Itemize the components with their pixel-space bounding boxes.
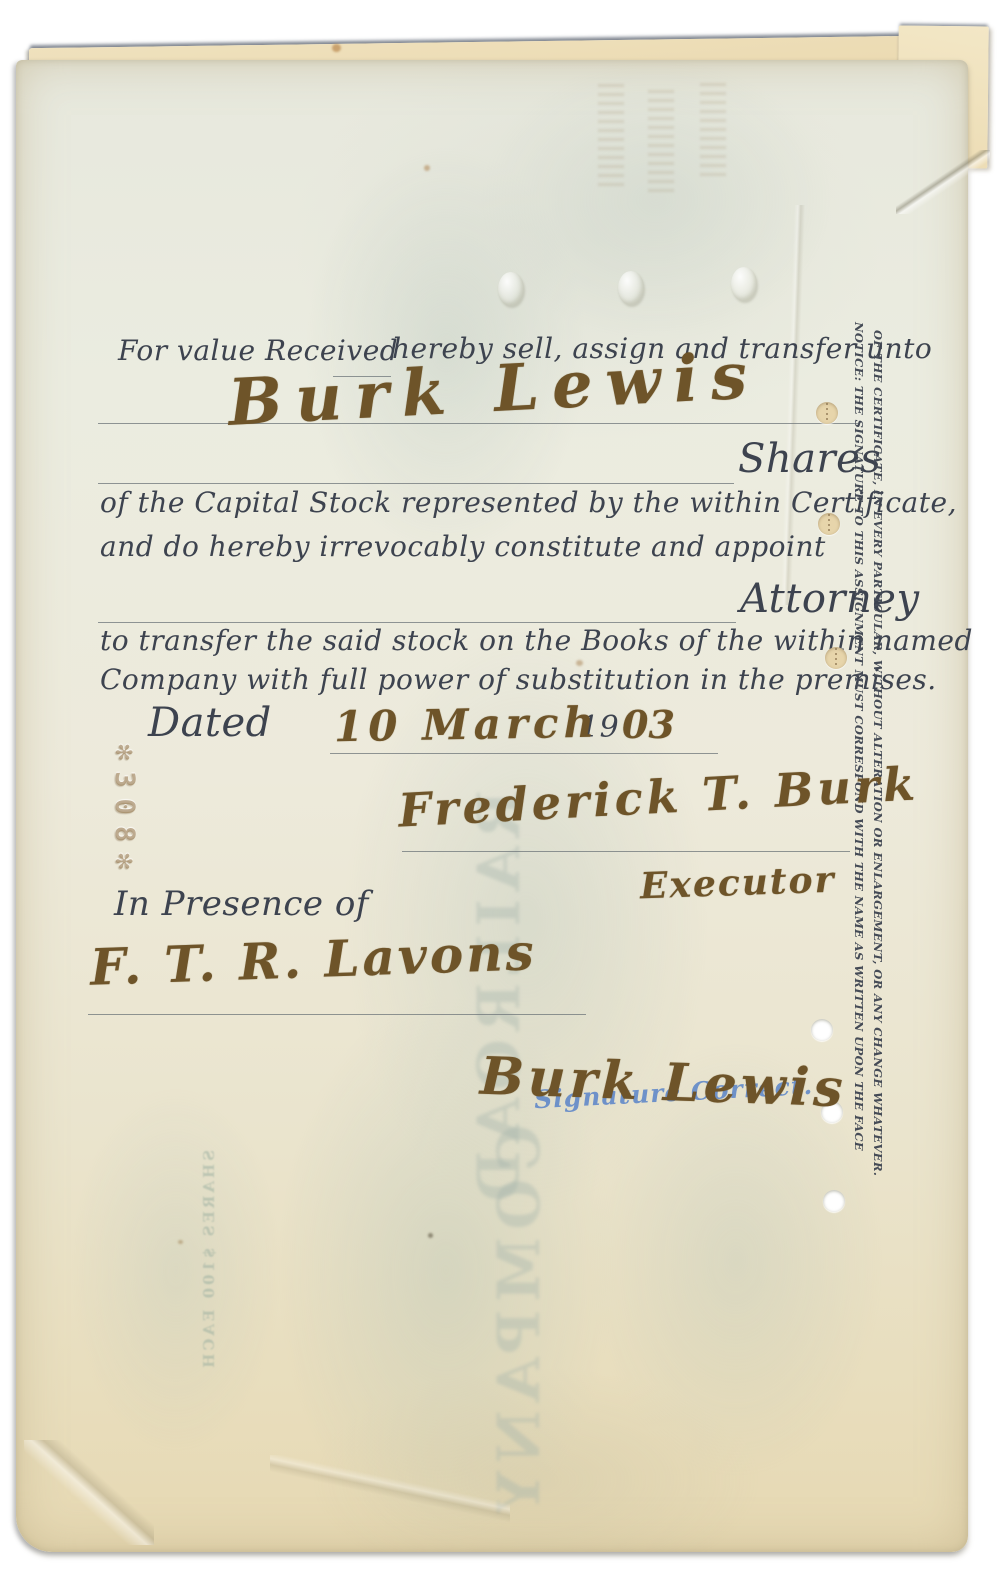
attorney-rule — [98, 622, 736, 623]
rust-stain — [424, 165, 430, 171]
embossed-circle — [731, 267, 757, 301]
shares-rule — [98, 483, 734, 484]
punch-hole-white — [823, 1190, 845, 1212]
notice-line-2: OF THE CERTIFICATE, IN EVERY PARTICULAR,… — [870, 330, 885, 1042]
confirmation-signature: Burk Lewis — [479, 1046, 848, 1120]
certificate-scan: RAILROAD COMPANY SHARES $100 EACH For va… — [0, 0, 1000, 1570]
punch-hole-tan — [818, 513, 840, 535]
embossed-circle — [498, 272, 524, 306]
strip-showthrough-2 — [648, 84, 674, 192]
presence-label: In Presence of — [114, 884, 369, 924]
handwritten-date: 10 March — [334, 698, 600, 752]
punch-hole-white — [811, 1019, 833, 1041]
ink-speck — [428, 1233, 433, 1238]
showthrough-company-text: COMPANY — [485, 1125, 553, 1521]
handwritten-year: 03 — [622, 702, 675, 747]
embossed-circle — [618, 271, 644, 305]
witness-rule — [88, 1014, 586, 1015]
notice-line-1: NOTICE: THE SIGNATURE TO THIS ASSIGNMENT… — [851, 322, 866, 1040]
punch-hole-tan — [816, 402, 838, 424]
rust-stain — [332, 44, 341, 52]
form-line3: and do hereby irrevocably constitute and… — [100, 530, 826, 563]
strip-showthrough-3 — [700, 80, 726, 176]
punched-certificate-number: ✻308✻ — [109, 744, 140, 880]
executor-title: Executor — [639, 859, 836, 908]
attorney-label: Attorney — [740, 576, 920, 622]
dated-label: Dated — [148, 700, 272, 746]
rust-stain — [178, 1240, 183, 1244]
punch-hole-tan — [825, 647, 847, 669]
signature-rule — [402, 851, 850, 852]
date-rule — [330, 753, 718, 754]
form-line5: Company with full power of substitution … — [100, 663, 937, 696]
strip-showthrough-1 — [598, 78, 624, 186]
showthrough-shares-text: SHARES $100 EACH — [200, 1150, 218, 1371]
